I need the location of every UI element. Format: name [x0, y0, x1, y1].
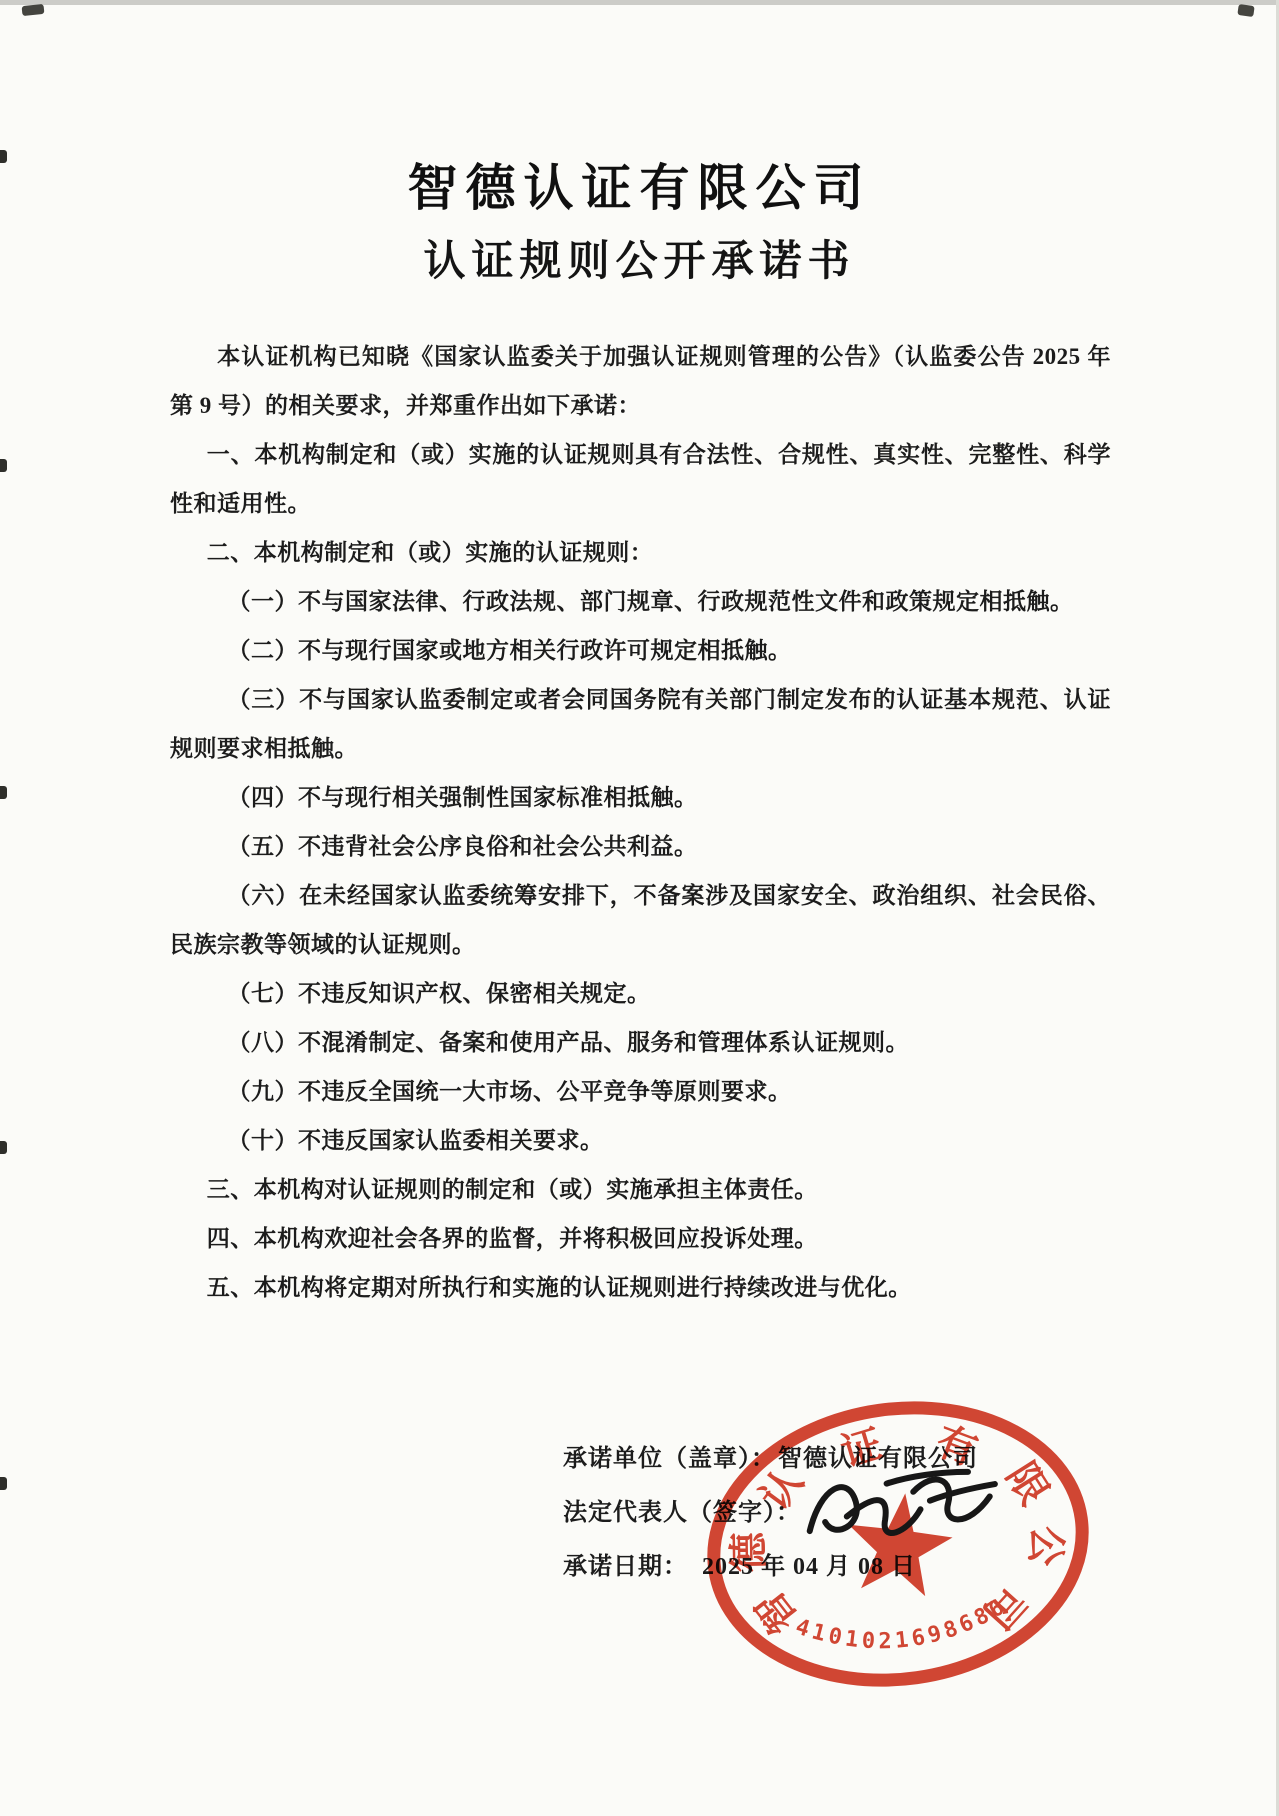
- item-1-paragraph: 一、本机构制定和（或）实施的认证规则具有合法性、合规性、真实性、完整性、科学性和…: [170, 430, 1111, 528]
- subitem-9-paragraph: （九）不违反全国统一大市场、公平竞争等原则要求。: [170, 1067, 1111, 1116]
- scan-artifact: [0, 1141, 7, 1154]
- scan-artifact: [0, 459, 7, 472]
- scan-artifact: [1237, 4, 1254, 17]
- item-5-paragraph: 五、本机构将定期对所执行和实施的认证规则进行持续改进与优化。: [170, 1263, 1111, 1312]
- subitem-3-paragraph: （三）不与国家认监委制定或者会同国务院有关部门制定发布的认证基本规范、认证规则要…: [170, 675, 1111, 773]
- scan-artifact: [22, 4, 45, 16]
- company-title: 智德认证有限公司: [0, 148, 1279, 220]
- subitem-1-paragraph: （一）不与国家法律、行政法规、部门规章、行政规范性文件和政策规定相抵触。: [170, 577, 1111, 626]
- subitem-10-paragraph: （十）不违反国家认监委相关要求。: [170, 1116, 1111, 1165]
- date-label: 承诺日期：: [563, 1554, 688, 1580]
- item-4-paragraph: 四、本机构欢迎社会各界的监督，并将积极回应投诉处理。: [170, 1214, 1111, 1263]
- subitem-6-paragraph: （六）在未经国家认监委统筹安排下，不备案涉及国家安全、政治组织、社会民俗、民族宗…: [170, 871, 1111, 969]
- scan-edge-band: [0, 0, 1279, 5]
- intro-paragraph: 本认证机构已知晓《国家认监委关于加强认证规则管理的公告》（认监委公告 2025 …: [170, 332, 1111, 430]
- item-3-paragraph: 三、本机构对认证规则的制定和（或）实施承担主体责任。: [170, 1165, 1111, 1214]
- document-subtitle: 认证规则公开承诺书: [0, 228, 1279, 288]
- scan-artifact: [0, 1477, 7, 1490]
- handwritten-signature: [789, 1450, 1033, 1584]
- subitem-5-paragraph: （五）不违背社会公序良俗和社会公共利益。: [170, 822, 1111, 871]
- document-body: 本认证机构已知晓《国家认监委关于加强认证规则管理的公告》（认监委公告 2025 …: [170, 332, 1111, 1312]
- subitem-2-paragraph: （二）不与现行国家或地方相关行政许可规定相抵触。: [170, 626, 1111, 675]
- subitem-4-paragraph: （四）不与现行相关强制性国家标准相抵触。: [170, 773, 1111, 822]
- subitem-7-paragraph: （七）不违反知识产权、保密相关规定。: [170, 969, 1111, 1018]
- scan-artifact: [0, 786, 7, 799]
- svg-text:德: 德: [726, 1531, 772, 1573]
- item-2-paragraph: 二、本机构制定和（或）实施的认证规则：: [170, 528, 1111, 577]
- subitem-8-paragraph: （八）不混淆制定、备案和使用产品、服务和管理体系认证规则。: [170, 1018, 1111, 1067]
